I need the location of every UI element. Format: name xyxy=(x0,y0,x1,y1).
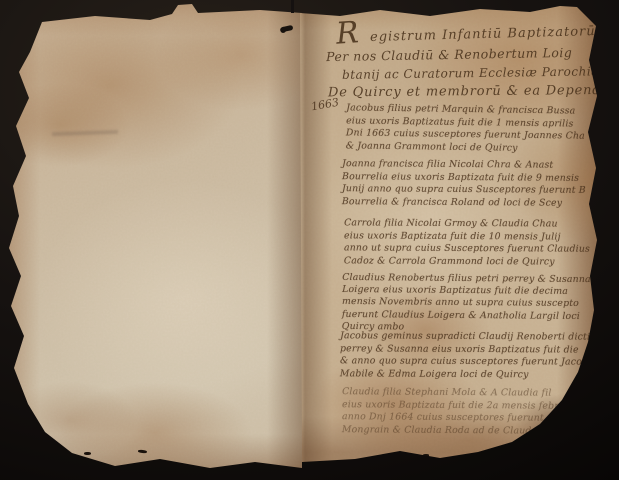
register-entry-4: Claudius Renobertus filius petri perrey … xyxy=(342,272,591,335)
header-line-4: De Quircy et membrorū & ea Dependentib. xyxy=(328,83,619,101)
header-initial-letter: R xyxy=(335,15,360,52)
header-line-1: egistrum Infantiū Baptizatorū xyxy=(370,24,596,45)
entry-line: & anno quo supra cuius susceptores fueru… xyxy=(340,355,617,369)
header-line-2: Per nos Claudiū & Renobertum Loig xyxy=(326,45,573,64)
margin-year: 1663 xyxy=(310,96,340,114)
header-line-3: btanij ac Curatorum Ecclesiæ Parochialis xyxy=(342,64,614,82)
edge-speck xyxy=(423,454,429,457)
edge-speck xyxy=(84,452,91,455)
entry-line: Jacobus geminus supradicti Claudij Renob… xyxy=(340,330,617,344)
entry-line: Cadoz & Carrola Grammond loci de Quircy xyxy=(344,255,590,269)
entry-line: Mabile & Edma Loigera loci de Quircy xyxy=(340,368,617,382)
register-entry-6: Claudia filia Stephani Mola & A Claudia … xyxy=(342,386,582,438)
register-entry-5: Jacobus geminus supradicti Claudij Renob… xyxy=(340,330,617,382)
entry-line: Joanna francisca filia Nicolai Chra & An… xyxy=(342,158,586,172)
entry-line: eius uxoris Baptizata fuit die 10 mensis… xyxy=(344,230,590,244)
entry-line: Bourrelia & francisca Roland od loci de … xyxy=(342,196,586,210)
entry-line: anno ut supra cuius Susceptores fuerunt … xyxy=(344,243,590,257)
open-book: R egistrum Infantiū Baptizatorū Per nos … xyxy=(0,0,619,480)
scan-background: { "document": { "kind": "handwritten par… xyxy=(0,0,619,480)
entry-line: Carrola filia Nicolai Grmoy & Claudia Ch… xyxy=(344,217,590,231)
entry-line: Mongrain & Claudia Roda ad de Claud xyxy=(342,424,582,438)
register-entry-1: Jacobus filius petri Marquin & francisca… xyxy=(346,102,586,156)
binding-cord xyxy=(291,0,294,13)
register-entry-2: Joanna francisca filia Nicolai Chra & An… xyxy=(342,158,586,210)
entry-line: Claudia filia Stephani Mola & A Claudia … xyxy=(342,386,582,400)
register-entry-3: Carrola filia Nicolai Grmoy & Claudia Ch… xyxy=(344,217,590,269)
